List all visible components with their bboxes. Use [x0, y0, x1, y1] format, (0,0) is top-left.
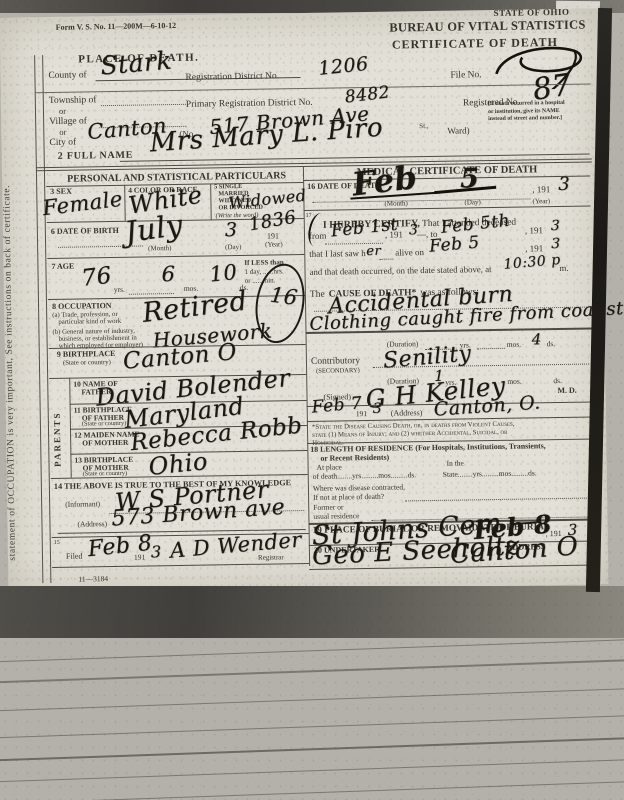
in-state-fields: State........yrs.........mos.........ds.	[443, 469, 537, 479]
md-label: M. D.	[557, 387, 576, 396]
scan-line	[0, 714, 624, 738]
day-hint: (Day)	[225, 244, 241, 252]
informant-address-label: (Address)	[77, 520, 107, 529]
duration2-mos-label: mos.	[507, 378, 522, 386]
form-number: Form V. S. No. 11—200M—6-10-12	[56, 22, 176, 33]
year-hint: (Year)	[265, 241, 283, 249]
rule-line	[304, 205, 591, 211]
duration-mos-label: mos.	[507, 341, 522, 349]
scan-line	[0, 687, 624, 711]
saw-year-value: 3	[551, 237, 561, 253]
duration-ds-label: ds.	[547, 340, 556, 348]
hospital-note: [If death occurred in a hospital or inst…	[488, 100, 570, 124]
scan-line	[0, 758, 624, 782]
birth-day-value: 3	[225, 220, 238, 241]
at-place-fields: of death........yrs.........mos.........…	[313, 471, 416, 481]
dotted-line	[477, 347, 505, 349]
certify-number: 17	[306, 213, 312, 220]
death-year-value: 3	[558, 175, 570, 195]
dotted-line	[405, 497, 591, 502]
ward-label: Ward)	[447, 126, 469, 136]
signed-address-label: (Address)	[391, 409, 423, 418]
scan-line	[0, 736, 624, 761]
scan-line	[0, 658, 624, 683]
signed-year-prefix: 191	[356, 410, 367, 418]
alive-on-label: alive on	[395, 248, 424, 258]
or-label: or	[59, 107, 66, 116]
signed-year-value: 3	[373, 402, 383, 418]
filed-year-prefix: 191	[134, 554, 145, 562]
from-year-prefix: , 191	[385, 230, 403, 240]
age-months-value: 6	[161, 263, 175, 286]
year-hint: (Year)	[532, 198, 550, 206]
parents-vertical-label: PARENTS	[51, 397, 62, 467]
or-label: or	[59, 128, 66, 137]
registration-district-value: 1206	[317, 54, 369, 80]
death-occurred-label: and that death occurred, on the date sta…	[309, 265, 491, 278]
age-label: 7 AGE	[51, 263, 74, 272]
scan-line	[0, 638, 624, 662]
to-year-value: 3	[551, 219, 561, 235]
contributory-value: Senility	[382, 342, 472, 374]
cell-divider-line	[210, 183, 212, 219]
scanned-death-certificate: statement of OCCUPATION is very importan…	[0, 0, 624, 800]
scan-line	[0, 780, 624, 800]
in-state-label: In the	[447, 460, 464, 469]
county-label: County of	[48, 70, 86, 81]
day-hint: (Day)	[464, 199, 480, 207]
registration-district-label: Registration District No.	[185, 71, 279, 83]
dotted-line	[379, 258, 393, 260]
from-label: from	[309, 232, 327, 242]
date-of-birth-label: 6 DATE OF BIRTH	[51, 227, 119, 237]
birth-month-value: July	[123, 210, 185, 250]
filed-label: Filed	[66, 553, 83, 562]
st-label: St.,	[419, 123, 428, 131]
margin-instruction-note: statement of OCCUPATION is very importan…	[1, 96, 18, 561]
scan-dark-band	[0, 586, 624, 638]
birthplace-hint: (State or country)	[63, 359, 111, 367]
dotted-line	[312, 197, 530, 202]
occupation-a-label: particular kind of work	[58, 318, 121, 326]
duration2-ds-label: ds.	[553, 377, 562, 385]
township-label: Township of	[49, 95, 97, 106]
file-no-label: File No.	[450, 70, 481, 81]
bureau-heading: BUREAU OF VITAL STATISTICS	[389, 19, 586, 36]
mother-label: OF MOTHER	[82, 439, 128, 448]
death-year-prefix: , 191	[532, 185, 550, 195]
duration-days-value: 4	[532, 331, 542, 348]
last-saw-date-value: Feb 5	[428, 234, 480, 257]
city-label: City of	[49, 138, 76, 149]
where-contracted-label: If not at place of death?	[313, 493, 384, 502]
death-time-value: 10:30 p	[503, 253, 561, 273]
county-value: Stark	[99, 47, 173, 81]
death-time-suffix: m.	[559, 264, 568, 274]
last-saw-label: that I last saw h	[309, 249, 366, 260]
signed-address-value: Canton, O.	[433, 393, 541, 421]
full-name-value: Mrs Mary L. Piro	[149, 114, 384, 158]
informant-label: (Informant)	[65, 500, 100, 509]
registrar-label: Registrar	[258, 554, 284, 562]
yrs-label: yrs.	[114, 286, 125, 294]
age-days-value: 10	[208, 261, 238, 287]
contributory-label: Contributory	[311, 356, 360, 367]
filed-year-value: 3	[151, 543, 162, 561]
rule-line	[52, 563, 309, 568]
dotted-line	[101, 103, 186, 106]
secondary-label: (SECONDARY)	[316, 367, 360, 375]
filed-number: 15	[54, 540, 60, 547]
month-hint: (Month)	[148, 245, 171, 253]
margin-rule-line	[34, 55, 43, 583]
plate-number: 11—3184	[78, 575, 108, 584]
circled-number-value: 16	[269, 284, 299, 310]
certificate-sheet: statement of OCCUPATION is very importan…	[0, 8, 608, 593]
month-hint: (Month)	[384, 200, 407, 208]
to-year-prefix: , 191	[525, 226, 543, 236]
age-years-value: 76	[80, 264, 113, 293]
margin-rule-line	[42, 55, 51, 583]
village-label: Village of	[49, 116, 87, 127]
